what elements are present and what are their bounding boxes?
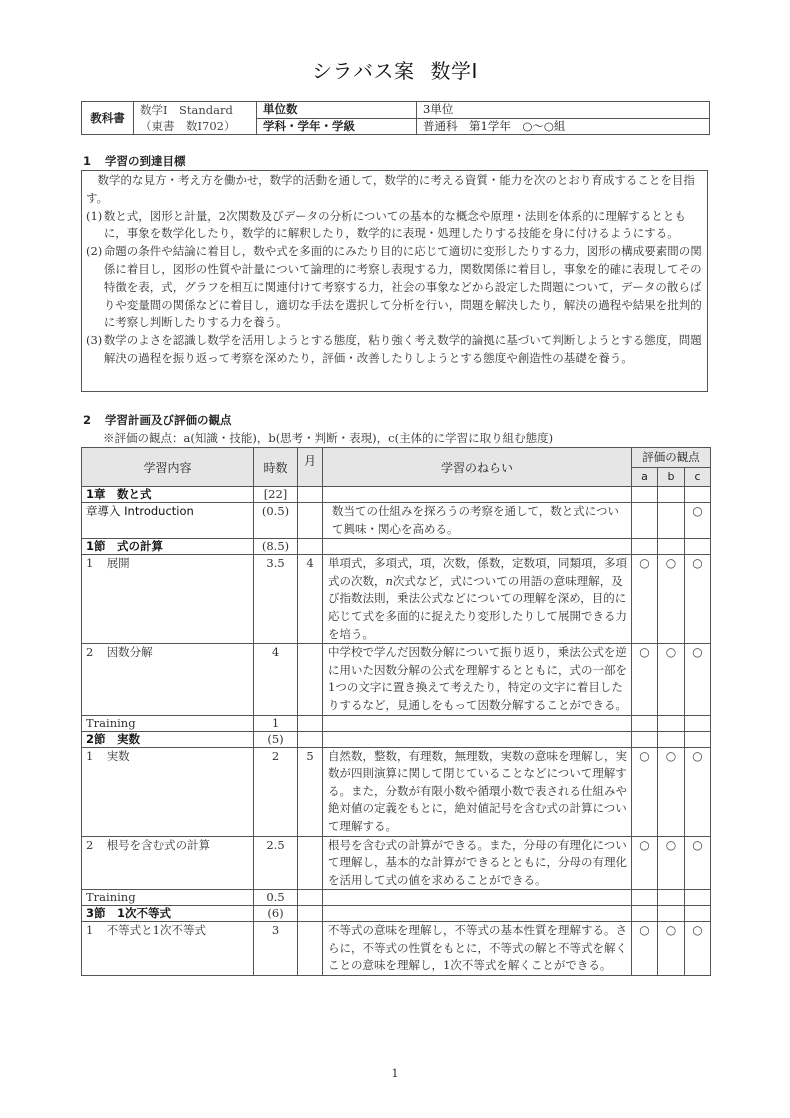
- row-eval-b: [658, 539, 685, 555]
- row-month: [298, 715, 323, 731]
- header-eval-a: a: [632, 467, 658, 487]
- row-eval-b: ○: [658, 644, 685, 715]
- row-eval-b: [658, 715, 685, 731]
- row-aim: [323, 906, 632, 922]
- row-month: 5: [298, 747, 323, 836]
- evaluation-note: ※評価の観点：a(知識・技能)，b(思考・判断・表現)，c(主体的に学習に取り組…: [103, 430, 553, 446]
- row-aim: 根号を含む式の計算ができる。また，分母の有理化について理解し，基本的な計算ができ…: [323, 836, 632, 890]
- textbook-title: 数学Ⅰ Standard: [140, 102, 250, 118]
- page-number: 1: [0, 1066, 790, 1080]
- row-eval-c: ○: [685, 836, 711, 890]
- study-plan-table: 学習内容 時数 月 学習のねらい 評価の観点 a b c 1章 数と式 [22]…: [81, 447, 711, 976]
- goal-item-1: (1)数と式，図形と計量，2次関数及びデータの分析についての基本的な概念や原理・…: [86, 208, 703, 244]
- class-value: 普通科 第1学年 ○～○組: [417, 118, 710, 135]
- row-content: Training: [82, 715, 254, 731]
- section1-heading: 1学習の到達目標: [83, 153, 186, 169]
- row-content: 2根号を含む式の計算: [82, 836, 254, 890]
- goal-item-3: (3)数学のよさを認識し数学を活用しようとする態度，粘り強く考え数学的論拠に基づ…: [86, 332, 703, 368]
- row-hours: 1: [254, 715, 298, 731]
- row-month: [298, 487, 323, 503]
- row-eval-a: [632, 731, 658, 747]
- row-eval-c: ○: [685, 555, 711, 644]
- header-content: 学習内容: [82, 448, 254, 487]
- row-eval-a: ○: [632, 644, 658, 715]
- row-eval-b: [658, 487, 685, 503]
- textbook-publisher: （東書 数Ⅰ702）: [140, 118, 250, 134]
- row-aim: 単項式，多項式，項，次数，係数，定数項，同類項，多項式の次数，n次式など，式につ…: [323, 555, 632, 644]
- row-content: 1節 式の計算: [82, 539, 254, 555]
- row-month: [298, 503, 323, 539]
- row-eval-a: ○: [632, 747, 658, 836]
- units-value: 3単位: [417, 102, 710, 119]
- row-eval-b: ○: [658, 747, 685, 836]
- row-eval-b: [658, 503, 685, 539]
- row-aim: [323, 890, 632, 906]
- row-aim: 自然数，整数，有理数，無理数，実数の意味を理解し，実数が四則演算に関して閉じてい…: [323, 747, 632, 836]
- row-eval-a: ○: [632, 836, 658, 890]
- row-aim: 不等式の意味を理解し，不等式の基本性質を理解する。さらに，不等式の性質をもとに，…: [323, 922, 632, 976]
- table-row-section: 3節 1次不等式 (6): [82, 906, 711, 922]
- row-eval-a: [632, 487, 658, 503]
- table-row-training: Training 0.5: [82, 890, 711, 906]
- row-month: 4: [298, 555, 323, 644]
- goals-box: 数学的な見方・考え方を働かせ，数学的活動を通して，数学的に考える資質・能力を次の…: [81, 170, 708, 392]
- table-row-topic: 2根号を含む式の計算 2.5 根号を含む式の計算ができる。また，分母の有理化につ…: [82, 836, 711, 890]
- row-hours: (8.5): [254, 539, 298, 555]
- units-label: 単位数: [257, 102, 417, 119]
- title-subject: 数学Ⅰ: [431, 59, 478, 83]
- row-aim: [323, 539, 632, 555]
- row-aim: [323, 731, 632, 747]
- row-hours: 2.5: [254, 836, 298, 890]
- table-row-topic: 1不等式と1次不等式 3 不等式の意味を理解し，不等式の基本性質を理解する。さら…: [82, 922, 711, 976]
- row-eval-a: ○: [632, 555, 658, 644]
- row-eval-c: [685, 731, 711, 747]
- row-month: [298, 890, 323, 906]
- row-month: [298, 644, 323, 715]
- table-row-topic: 1実数 2 5 自然数，整数，有理数，無理数，実数の意味を理解し，実数が四則演算…: [82, 747, 711, 836]
- row-eval-c: ○: [685, 747, 711, 836]
- row-content: 1展開: [82, 555, 254, 644]
- row-hours: 3.5: [254, 555, 298, 644]
- row-eval-c: ○: [685, 922, 711, 976]
- row-eval-a: [632, 715, 658, 731]
- header-aim: 学習のねらい: [323, 448, 632, 487]
- row-content: 1不等式と1次不等式: [82, 922, 254, 976]
- row-hours: 0.5: [254, 890, 298, 906]
- table-row-chapter: 1章 数と式 [22]: [82, 487, 711, 503]
- row-eval-c: ○: [685, 644, 711, 715]
- row-eval-b: [658, 731, 685, 747]
- header-eval-b: b: [658, 467, 685, 487]
- row-hours: [22]: [254, 487, 298, 503]
- table-row-intro: 章導入 Introduction (0.5) 数当ての仕組みを探ろうの考察を通し…: [82, 503, 711, 539]
- row-eval-a: [632, 503, 658, 539]
- row-content: 1実数: [82, 747, 254, 836]
- row-eval-c: [685, 715, 711, 731]
- section2-heading: 2学習計画及び評価の観点: [83, 412, 232, 428]
- row-month: [298, 539, 323, 555]
- row-eval-b: [658, 906, 685, 922]
- title-main: シラバス案: [312, 59, 415, 83]
- header-month: 月: [298, 448, 323, 487]
- row-month: [298, 731, 323, 747]
- course-info-table: 教科書 数学Ⅰ Standard （東書 数Ⅰ702） 単位数 3単位 学科・学…: [81, 101, 710, 135]
- row-hours: (6): [254, 906, 298, 922]
- class-label: 学科・学年・学級: [257, 118, 417, 135]
- table-row-section: 2節 実数 (5): [82, 731, 711, 747]
- row-content: Training: [82, 890, 254, 906]
- row-eval-b: [658, 890, 685, 906]
- table-row-section: 1節 式の計算 (8.5): [82, 539, 711, 555]
- header-evaluation: 評価の観点: [632, 448, 711, 468]
- row-eval-b: ○: [658, 836, 685, 890]
- row-eval-b: ○: [658, 555, 685, 644]
- goals-lead: 数学的な見方・考え方を働かせ，数学的活動を通して，数学的に考える資質・能力を次の…: [86, 172, 703, 208]
- textbook-label: 教科書: [82, 102, 134, 135]
- row-month: [298, 836, 323, 890]
- row-aim: [323, 715, 632, 731]
- row-eval-a: [632, 890, 658, 906]
- table-row-training: Training 1: [82, 715, 711, 731]
- row-content: 2節 実数: [82, 731, 254, 747]
- row-content: 3節 1次不等式: [82, 906, 254, 922]
- row-month: [298, 906, 323, 922]
- row-hours: 4: [254, 644, 298, 715]
- row-content: 1章 数と式: [82, 487, 254, 503]
- row-hours: 3: [254, 922, 298, 976]
- row-aim: 中学校で学んだ因数分解について振り返り，乗法公式を逆に用いた因数分解の公式を理解…: [323, 644, 632, 715]
- textbook-value: 数学Ⅰ Standard （東書 数Ⅰ702）: [134, 102, 257, 135]
- row-month: [298, 922, 323, 976]
- header-hours: 時数: [254, 448, 298, 487]
- row-eval-a: [632, 539, 658, 555]
- row-content: 章導入 Introduction: [82, 503, 254, 539]
- row-hours: (0.5): [254, 503, 298, 539]
- row-eval-c: [685, 890, 711, 906]
- row-hours: 2: [254, 747, 298, 836]
- row-aim: 数当ての仕組みを探ろうの考察を通して，数と式について興味・関心を高める。: [323, 503, 632, 539]
- table-row-topic: 1展開 3.5 4 単項式，多項式，項，次数，係数，定数項，同類項，多項式の次数…: [82, 555, 711, 644]
- row-eval-a: ○: [632, 922, 658, 976]
- row-eval-b: ○: [658, 922, 685, 976]
- row-hours: (5): [254, 731, 298, 747]
- row-eval-c: [685, 539, 711, 555]
- table-row-topic: 2因数分解 4 中学校で学んだ因数分解について振り返り，乗法公式を逆に用いた因数…: [82, 644, 711, 715]
- page-title: シラバス案数学Ⅰ: [0, 55, 790, 84]
- row-eval-a: [632, 906, 658, 922]
- row-aim: [323, 487, 632, 503]
- goal-item-2: (2)命題の条件や結論に着目し，数や式を多面的にみたり目的に応じて適切に変形した…: [86, 243, 703, 332]
- row-eval-c: [685, 487, 711, 503]
- row-eval-c: ○: [685, 503, 711, 539]
- row-eval-c: [685, 906, 711, 922]
- row-content: 2因数分解: [82, 644, 254, 715]
- header-eval-c: c: [685, 467, 711, 487]
